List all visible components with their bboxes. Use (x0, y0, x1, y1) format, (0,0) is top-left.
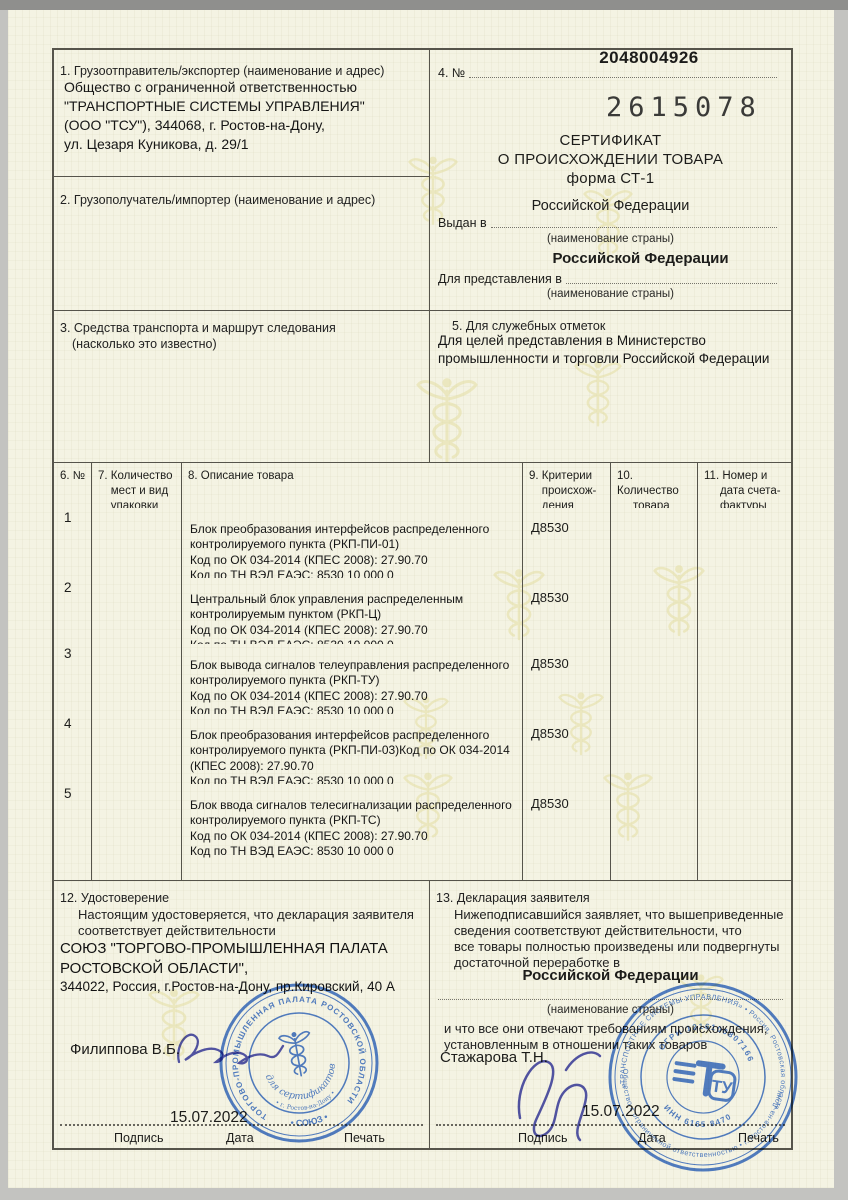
box-certificate-title: 4. № 2615078 СЕРТИФИКАТ О ПРОИСХОЖДЕНИИ … (430, 50, 791, 311)
col-header-description: 8. Описание товара (182, 463, 523, 508)
goods-cell-empty (92, 714, 182, 784)
origin-criteria: Д8530 (523, 784, 611, 881)
consignor-value: Общество с ограниченной ответственностью… (64, 78, 365, 154)
stamp-company-bottom-text: Общество с ограниченной ответственностью… (610, 1068, 784, 1170)
goods-cell-empty (698, 508, 791, 578)
goods-table: 6. № 7. Количество мест и вид упаковки 8… (54, 462, 791, 881)
box12-label: 12. Удостоверение (60, 891, 169, 907)
signature-caption: Подпись (114, 1131, 163, 1145)
presented-to-dotted-line (566, 272, 777, 284)
country-hint: (наименование страны) (430, 233, 791, 245)
box13-label: 13. Декларация заявителя (436, 891, 590, 907)
box4-label: 4. № (438, 66, 465, 80)
goods-cell-empty (611, 508, 698, 578)
goods-cell-empty (698, 714, 791, 784)
chamber-stamp: ТОРГОВО-ПРОМЫШЛЕННАЯ ПАЛАТА РОСТОВСКОЙ О… (204, 968, 394, 1158)
goods-cell-empty (92, 508, 182, 578)
goods-cell-empty (611, 784, 698, 881)
svg-text:Общество с ограниченной ответс: Общество с ограниченной ответственностью… (610, 1068, 784, 1170)
goods-row-number: 5 (54, 784, 92, 881)
blank-number: 2615078 (606, 92, 762, 123)
tsu-logo-icon: ТУ (672, 1060, 736, 1101)
origin-criteria: Д8530 (523, 578, 611, 644)
stamp-center-label: ТУ (710, 1076, 734, 1098)
goods-description: Блок преобразования интерфейсов распреде… (182, 714, 523, 784)
certifier-name: Филиппова В.Б. (70, 1041, 180, 1058)
goods-row-number: 2 (54, 578, 92, 644)
box-consignee: 2. Грузополучатель/импортер (наименовани… (54, 177, 430, 311)
issued-in-country: Российской Федерации (430, 198, 791, 214)
goods-cell-empty (698, 784, 791, 881)
box-consignor: 1. Грузоотправитель/экспортер (наименова… (54, 50, 430, 177)
stamp-union-text: • СОЮЗ • (288, 1111, 330, 1131)
caduceus-icon (278, 1029, 316, 1078)
goods-cell-empty (92, 644, 182, 714)
company-stamp: «ТРАНСПОРТНЫЕ СИСТЕМЫ УПРАВЛЕНИЯ» • Росс… (593, 967, 813, 1187)
box2-label: 2. Грузополучатель/импортер (наименовани… (60, 193, 375, 209)
col-header-number: 6. № (54, 463, 92, 508)
svg-text:• СОЮЗ •: • СОЮЗ • (288, 1111, 330, 1131)
goods-cell-empty (92, 784, 182, 881)
goods-description: Блок ввода сигналов телесигнализации рас… (182, 784, 523, 881)
box-transport: 3. Средства транспорта и маршрут следова… (54, 311, 430, 462)
issued-in-label: Выдан в (438, 216, 487, 230)
goods-cell-empty (698, 578, 791, 644)
declaration-text: Нижеподписавшийся заявляет, что вышеприв… (454, 907, 784, 970)
official-notes-value: Для целей представления в Министерство п… (438, 332, 769, 367)
col-header-invoice: 11. Номер и дата счета- фактуры (698, 463, 791, 508)
certification-text: Настоящим удостоверяется, что декларация… (78, 907, 414, 939)
col-header-packages: 7. Количество мест и вид упаковки (92, 463, 182, 508)
goods-description: Блок вывода сигналов телеуправления расп… (182, 644, 523, 714)
box3-label2: (насколько это известно) (72, 337, 217, 353)
origin-criteria: Д8530 (523, 508, 611, 578)
goods-row-number: 1 (54, 508, 92, 578)
goods-cell-empty (92, 578, 182, 644)
goods-row-number: 3 (54, 644, 92, 714)
origin-criteria: Д8530 (523, 714, 611, 784)
col-header-quantity: 10. Количество товара (611, 463, 698, 508)
goods-description: Блок преобразования интерфейсов распреде… (182, 508, 523, 578)
presented-to-country: Российской Федерации (490, 250, 791, 267)
country-hint2: (наименование страны) (430, 288, 791, 300)
goods-cell-empty (611, 578, 698, 644)
number-dotted-line (469, 66, 777, 78)
box3-label: 3. Средства транспорта и маршрут следова… (60, 321, 336, 337)
certificate-title: СЕРТИФИКАТ О ПРОИСХОЖДЕНИИ ТОВАРА форма … (430, 132, 791, 188)
goods-cell-empty (611, 644, 698, 714)
goods-row-number: 4 (54, 714, 92, 784)
goods-cell-empty (698, 644, 791, 714)
col-header-criteria: 9. Критерии происхож- дения (523, 463, 611, 508)
goods-cell-empty (611, 714, 698, 784)
origin-criteria: Д8530 (523, 644, 611, 714)
certificate-page: 2048004926 1. Грузоотправитель/экспортер… (8, 10, 834, 1188)
issued-in-dotted-line (491, 216, 777, 228)
box-official-notes: 5. Для служебных отметок Для целей предс… (430, 311, 791, 462)
goods-description: Центральный блок управления распределенн… (182, 578, 523, 644)
presented-to-label: Для представления в (438, 272, 562, 286)
